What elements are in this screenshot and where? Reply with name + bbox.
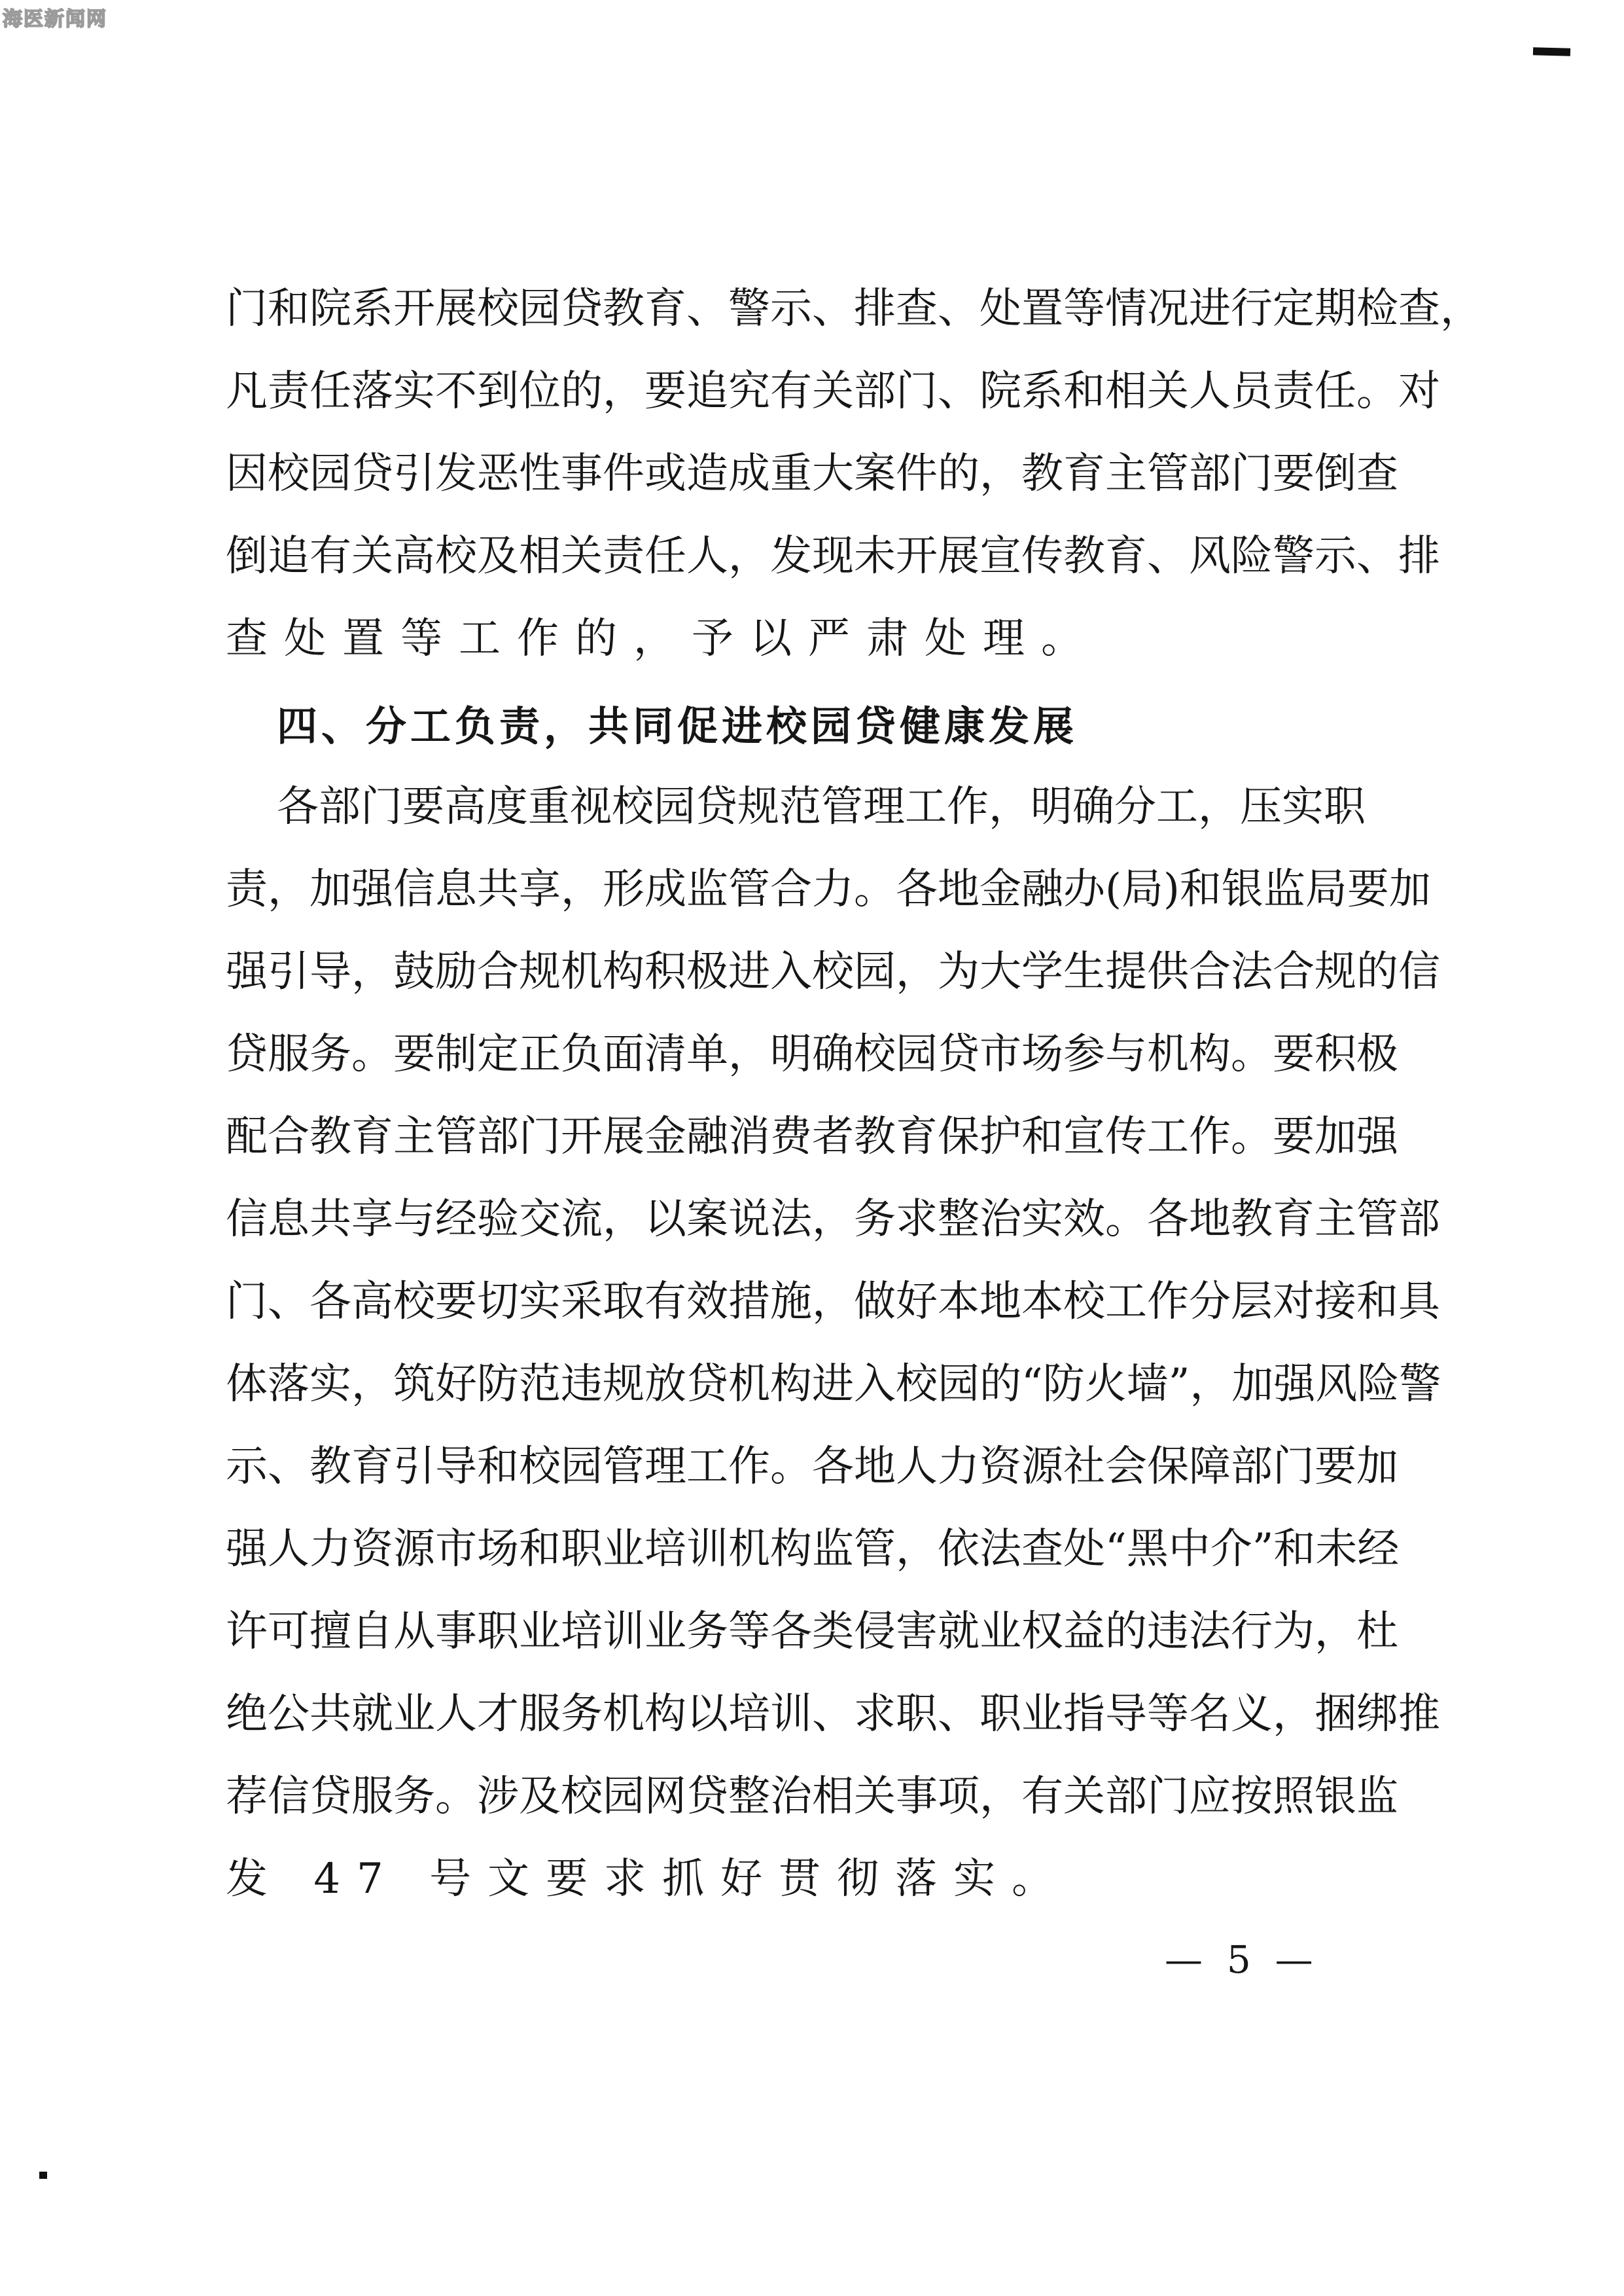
page-number: — 5 — <box>1165 1937 1313 1982</box>
scan-corner-mark <box>1533 47 1570 56</box>
text-line: 因校园贷引发恶性事件或造成重大案件的，教育主管部门要倒查 <box>226 448 1335 500</box>
text-line: 配合教育主管部门开展金融消费者教育保护和宣传工作。要加强 <box>226 1111 1335 1163</box>
text-line: 门和院系开展校园贷教育、警示、排查、处置等情况进行定期检查， <box>226 283 1335 335</box>
scan-artifact-dot <box>39 2172 47 2179</box>
text-line: 发 47 号文要求抓好贯彻落实。 <box>226 1853 1335 1905</box>
text-line: 示、教育引导和校园管理工作。各地人力资源社会保障部门要加 <box>226 1441 1335 1493</box>
text-line: 责，加强信息共享，形成监管合力。各地金融办(局)和银监局要加 <box>226 863 1335 916</box>
section-heading: 四、分工负责，共同促进校园贷健康发展 <box>277 700 1078 753</box>
site-watermark: 海医新闻网 <box>3 3 107 31</box>
text-line: 门、各高校要切实采取有效措施，做好本地本校工作分层对接和具 <box>226 1276 1335 1328</box>
text-line: 各部门要高度重视校园贷规范管理工作，明确分工，压实职 <box>277 781 1335 833</box>
text-line: 体落实，筑好防范违规放贷机构进入校园的“防火墙”，加强风险警 <box>226 1358 1335 1410</box>
text-line: 强人力资源市场和职业培训机构监管，依法查处“黑中介”和未经 <box>226 1523 1335 1575</box>
text-line: 荐信贷服务。涉及校园网贷整治相关事项，有关部门应按照银监 <box>226 1770 1335 1823</box>
text-line: 凡责任落实不到位的，要追究有关部门、院系和相关人员责任。对 <box>226 365 1335 418</box>
text-line: 强引导，鼓励合规机构积极进入校园，为大学生提供合法合规的信 <box>226 946 1335 998</box>
text-line: 倒追有关高校及相关责任人，发现未开展宣传教育、风险警示、排 <box>226 530 1335 583</box>
text-line: 信息共享与经验交流，以案说法，务求整治实效。各地教育主管部 <box>226 1193 1335 1246</box>
text-line: 许可擅自从事职业培训业务等各类侵害就业权益的违法行为，杜 <box>226 1605 1335 1658</box>
text-line: 绝公共就业人才服务机构以培训、求职、职业指导等名义，捆绑推 <box>226 1688 1335 1740</box>
text-line: 查处置等工作的，予以严肃处理。 <box>226 613 1335 665</box>
text-line: 贷服务。要制定正负面清单，明确校园贷市场参与机构。要积极 <box>226 1028 1335 1081</box>
